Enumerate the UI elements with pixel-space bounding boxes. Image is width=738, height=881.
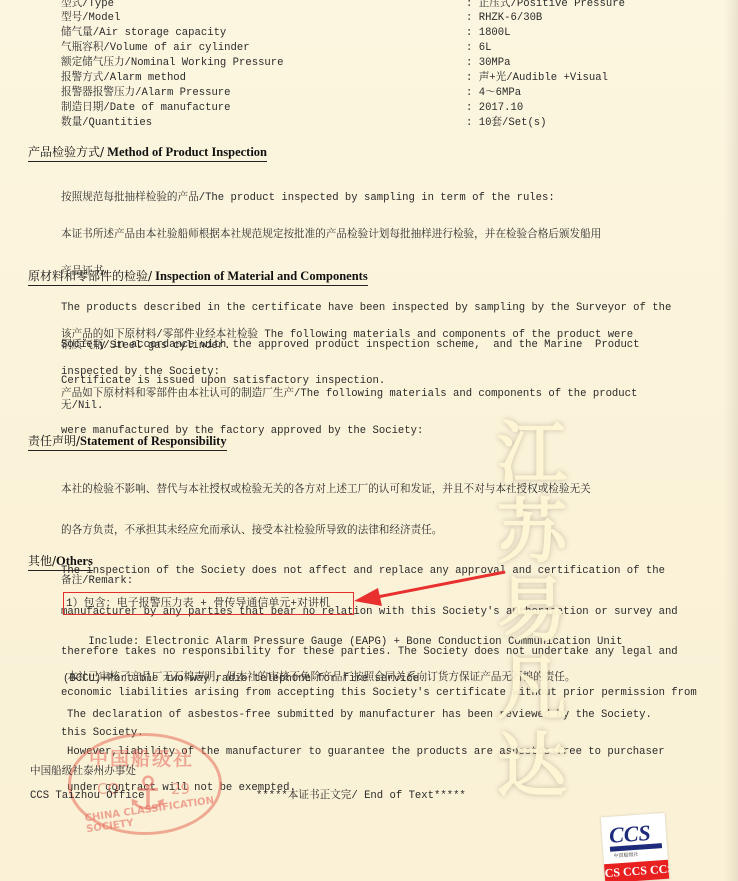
office-name-cn: 中国船级社泰州办事处 [30, 766, 136, 778]
ccs-logo-badge: CCS 中国船级社 CS CCS CCS [601, 813, 669, 881]
watermark: 江 苏 易 凡 达 [494, 415, 570, 815]
office-name-en: CCS Taizhou Office [30, 790, 144, 802]
official-stamp: 中国船级社 ⚓ CO 29 CHINA CLASSIFICATION SOCIE… [68, 733, 222, 835]
page-edge-shadow [724, 0, 738, 881]
end-of-text: *****本证书正文完/ End of Text***** [256, 790, 466, 802]
